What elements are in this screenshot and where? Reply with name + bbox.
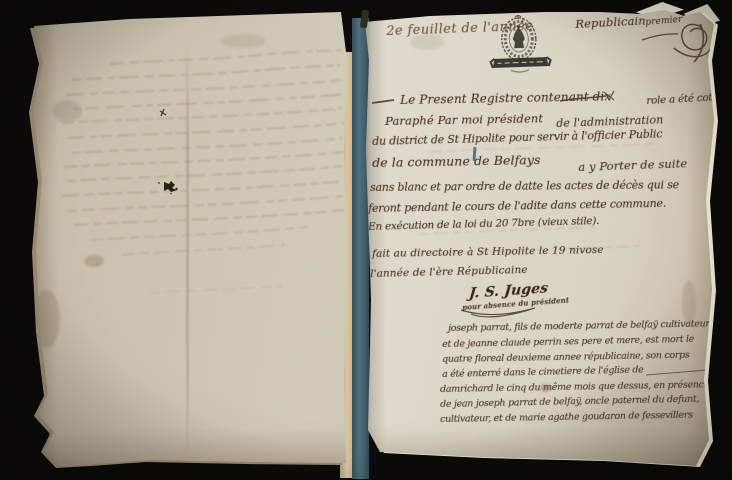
book-scan: 2e feuillet de l'année Republicain premi… <box>0 0 732 480</box>
spine-blue-cloth <box>352 18 369 479</box>
